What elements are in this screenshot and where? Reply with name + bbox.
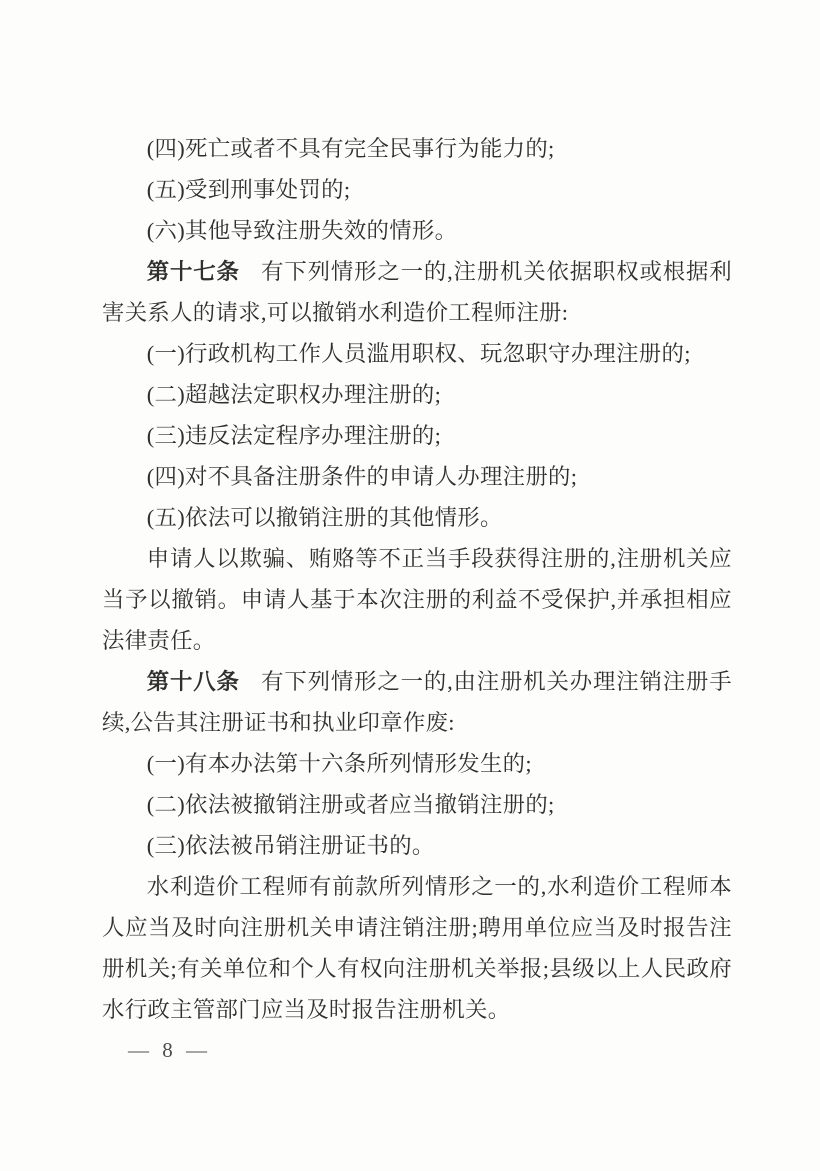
paragraph: (二)超越法定职权办理注册的; — [102, 374, 732, 415]
paragraph: 申请人以欺骗、贿赂等不正当手段获得注册的,注册机关应当予以撤销。申请人基于本次注… — [102, 538, 732, 661]
article-number: 第十七条 — [147, 259, 240, 284]
paragraph-text: (四)对不具备注册条件的申请人办理注册的; — [147, 464, 577, 489]
paragraph-text: (三)违反法定程序办理注册的; — [147, 423, 441, 448]
page-number: — 8 — — [128, 1038, 211, 1062]
paragraph: 水利造价工程师有前款所列情形之一的,水利造价工程师本人应当及时向注册机关申请注销… — [102, 866, 732, 1030]
paragraph-text: (六)其他导致注册失效的情形。 — [147, 218, 458, 243]
document-body: (四)死亡或者不具有完全民事行为能力的;(五)受到刑事处罚的;(六)其他导致注册… — [102, 128, 732, 1030]
paragraph-text: (三)依法被吊销注册证书的。 — [147, 833, 435, 858]
paragraph: (五)受到刑事处罚的; — [102, 169, 732, 210]
article-paragraph: 第十七条有下列情形之一的,注册机关依据职权或根据利害关系人的请求,可以撤销水利造… — [102, 251, 732, 333]
paragraph: (六)其他导致注册失效的情形。 — [102, 210, 732, 251]
paragraph: (五)依法可以撤销注册的其他情形。 — [102, 497, 732, 538]
paragraph-text: 申请人以欺骗、贿赂等不正当手段获得注册的,注册机关应当予以撤销。申请人基于本次注… — [102, 546, 732, 653]
article-number: 第十八条 — [147, 669, 240, 694]
paragraph: (二)依法被撤销注册或者应当撤销注册的; — [102, 784, 732, 825]
paragraph: (四)死亡或者不具有完全民事行为能力的; — [102, 128, 732, 169]
paragraph-text: (四)死亡或者不具有完全民事行为能力的; — [147, 136, 555, 161]
paragraph: (一)有本办法第十六条所列情形发生的; — [102, 743, 732, 784]
paragraph-text: (一)行政机构工作人员滥用职权、玩忽职守办理注册的; — [147, 341, 691, 366]
paragraph-text: 水利造价工程师有前款所列情形之一的,水利造价工程师本人应当及时向注册机关申请注销… — [102, 874, 732, 1022]
paragraph-text: (五)依法可以撤销注册的其他情形。 — [147, 505, 503, 530]
scanned-document-page: (四)死亡或者不具有完全民事行为能力的;(五)受到刑事处罚的;(六)其他导致注册… — [0, 0, 820, 1171]
paragraph: (一)行政机构工作人员滥用职权、玩忽职守办理注册的; — [102, 333, 732, 374]
paragraph-text: (二)依法被撤销注册或者应当撤销注册的; — [147, 792, 555, 817]
paragraph: (三)依法被吊销注册证书的。 — [102, 825, 732, 866]
paragraph: (三)违反法定程序办理注册的; — [102, 415, 732, 456]
paragraph-text: (二)超越法定职权办理注册的; — [147, 382, 441, 407]
article-paragraph: 第十八条有下列情形之一的,由注册机关办理注销注册手续,公告其注册证书和执业印章作… — [102, 661, 732, 743]
paragraph-text: (五)受到刑事处罚的; — [147, 177, 351, 202]
paragraph-text: (一)有本办法第十六条所列情形发生的; — [147, 751, 532, 776]
page-footer: — 8 — — [128, 1036, 211, 1064]
paragraph: (四)对不具备注册条件的申请人办理注册的; — [102, 456, 732, 497]
